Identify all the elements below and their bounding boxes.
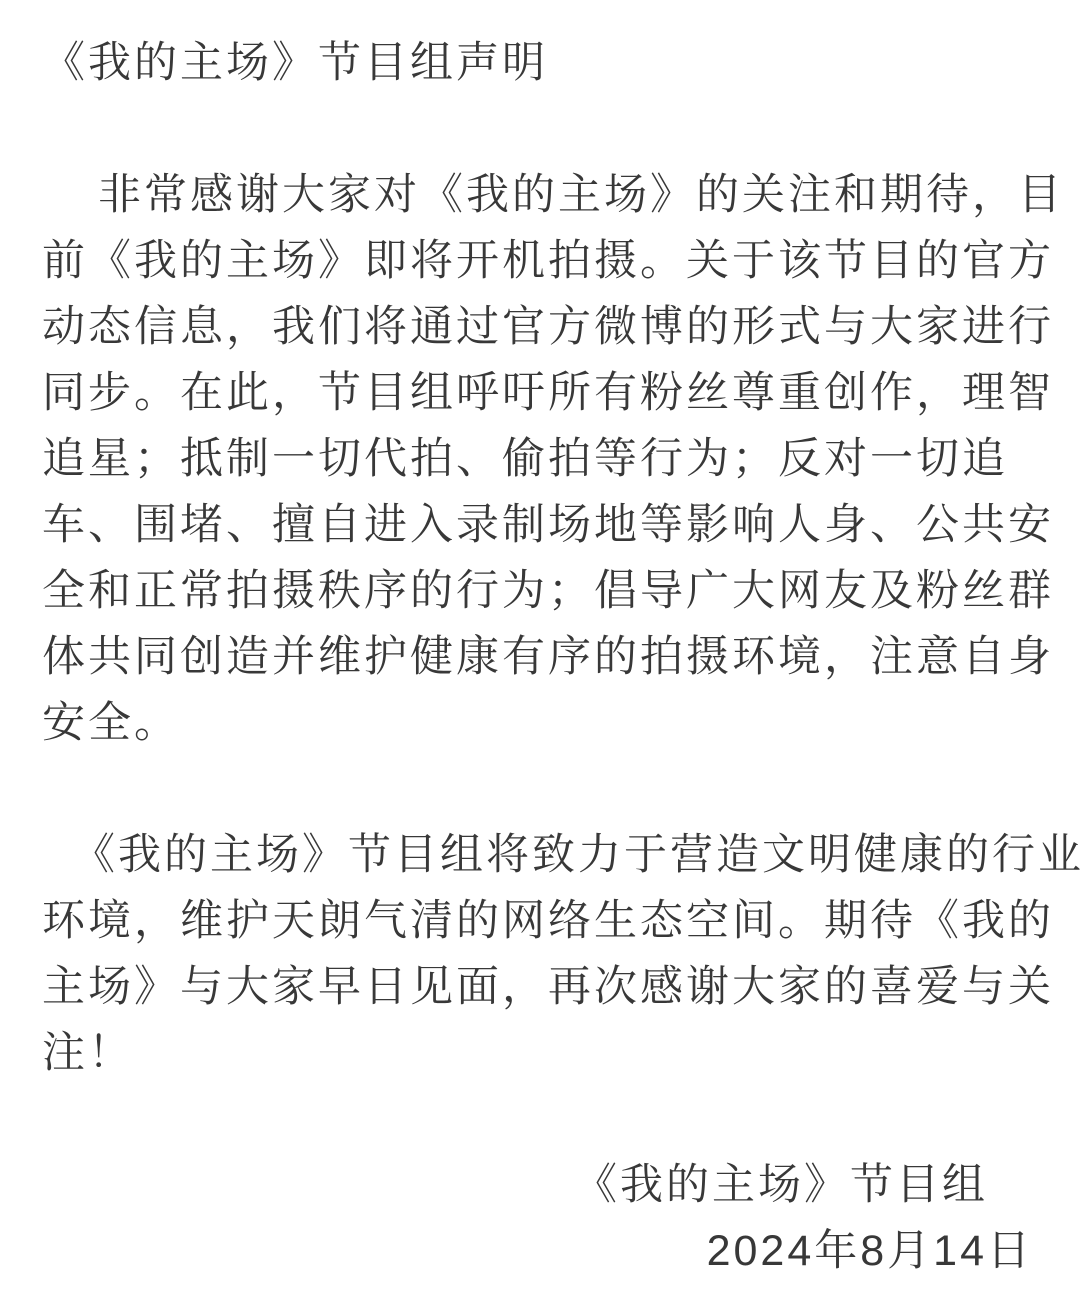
paragraph-1-line: 体共同创造并维护健康有序的拍摄环境，注意自身: [42, 624, 1062, 690]
paragraph-1-line: 追星；抵制一切代拍、偷拍等行为；反对一切追: [42, 426, 1062, 492]
blank-line: [42, 96, 1062, 162]
paragraph-1: 非常感谢大家对《我的主场》的关注和期待，目 前《我的主场》即将开机拍摄。关于该节…: [42, 162, 1062, 756]
signature-date: 2024年8月14日: [42, 1218, 1062, 1284]
paragraph-1-line: 同步。在此，节目组呼吁所有粉丝尊重创作，理智: [42, 360, 1062, 426]
paragraph-2-line: 注！: [42, 1020, 1062, 1086]
paragraph-1-line: 安全。: [42, 690, 1062, 756]
paragraph-1-line: 车、围堵、擅自进入录制场地等影响人身、公共安: [42, 492, 1062, 558]
document-title: 《我的主场》节目组声明: [42, 30, 1062, 96]
paragraph-1-line: 动态信息，我们将通过官方微博的形式与大家进行: [42, 294, 1062, 360]
blank-line: [42, 1086, 1062, 1152]
paragraph-1-line: 前《我的主场》即将开机拍摄。关于该节目的官方: [42, 228, 1062, 294]
paragraph-2: 《我的主场》节目组将致力于营造文明健康的行业 环境，维护天朗气清的网络生态空间。…: [42, 822, 1062, 1086]
paragraph-2-line: 主场》与大家早日见面，再次感谢大家的喜爱与关: [42, 954, 1062, 1020]
blank-line: [42, 756, 1062, 822]
paragraph-2-line: 《我的主场》节目组将致力于营造文明健康的行业: [42, 822, 1062, 888]
paragraph-2-line: 环境，维护天朗气清的网络生态空间。期待《我的: [42, 888, 1062, 954]
paragraph-1-line: 全和正常拍摄秩序的行为；倡导广大网友及粉丝群: [42, 558, 1062, 624]
paragraph-1-line: 非常感谢大家对《我的主场》的关注和期待，目: [42, 162, 1062, 228]
signature: 《我的主场》节目组: [42, 1152, 1062, 1218]
statement-document: 《我的主场》节目组声明 非常感谢大家对《我的主场》的关注和期待，目 前《我的主场…: [0, 0, 1080, 1311]
